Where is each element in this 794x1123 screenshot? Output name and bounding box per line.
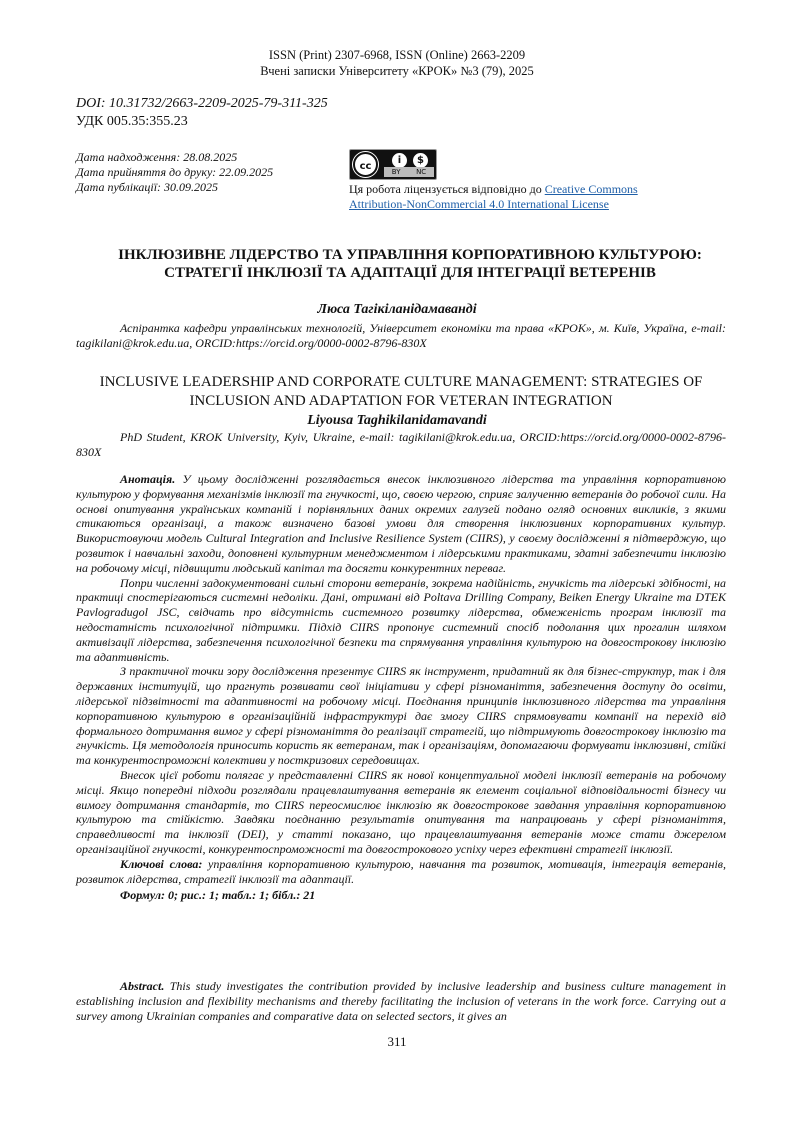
keywords: Ключові слова: управління корпоративною …	[76, 857, 726, 887]
abstract-paragraph: Внесок цієї роботи полягає у представлен…	[76, 768, 726, 857]
date-received: Дата надходження: 28.08.2025	[76, 150, 273, 165]
date-accepted: Дата прийняття до друку: 22.09.2025	[76, 165, 273, 180]
author-english: Liyousa Taghikilanidamavandi	[0, 413, 794, 429]
affiliation-ukrainian: Аспірантка кафедри управлінських техноло…	[76, 321, 726, 351]
udk: УДК 005.35:355.23	[76, 113, 328, 131]
abstract-label: Abstract.	[120, 979, 164, 993]
keywords-label: Ключові слова:	[120, 857, 202, 871]
paper-page: ISSN (Print) 2307-6968, ISSN (Online) 26…	[0, 0, 794, 1123]
license-text: Ця робота ліцензується відповідно до Cre…	[349, 182, 729, 212]
cc-by-nc-badge[interactable]: cc i $ BY NC	[349, 149, 437, 180]
author-ukrainian: Люса Тагікіланідамаванді	[0, 302, 794, 318]
issn-line: ISSN (Print) 2307-6968, ISSN (Online) 26…	[0, 47, 794, 63]
by-label: BY	[392, 167, 401, 177]
counts-line: Формул: 0; рис.: 1; табл.: 1; бібл.: 21	[76, 888, 726, 903]
identifiers: DOI: 10.31732/2663-2209-2025-79-311-325 …	[76, 95, 328, 131]
badge-labels: BY NC	[384, 167, 434, 177]
license-intro: Ця робота ліцензується відповідно до	[349, 182, 545, 196]
nc-label: NC	[416, 167, 426, 177]
abstract-paragraph: Попри численні задокументовані сильні ст…	[76, 576, 726, 665]
publication-dates: Дата надходження: 28.08.2025 Дата прийня…	[76, 150, 273, 195]
running-header: ISSN (Print) 2307-6968, ISSN (Online) 26…	[0, 47, 794, 79]
page-number: 311	[0, 1034, 794, 1050]
doi[interactable]: DOI: 10.31732/2663-2209-2025-79-311-325	[76, 95, 328, 113]
abstract-paragraph: З практичної точки зору дослідження през…	[76, 664, 726, 768]
abstract-english: Abstract. This study investigates the co…	[76, 979, 726, 1023]
noncommercial-icon: $	[413, 153, 428, 168]
title-ukrainian: Інклюзивне лідерство та управління корпо…	[100, 247, 720, 282]
affiliation-english: PhD Student, KROK University, Kyiv, Ukra…	[76, 430, 726, 460]
license-block: cc i $ BY NC Ця робота ліцензується відп…	[349, 149, 729, 212]
title-english: Inclusive leadership and corporate cultu…	[76, 373, 726, 411]
attribution-icon: i	[392, 153, 407, 168]
abstract-ukrainian: Анотація. У цьому дослідженні розглядаєт…	[76, 472, 726, 903]
abstract-paragraph: Анотація. У цьому дослідженні розглядаєт…	[76, 472, 726, 576]
journal-line: Вчені записки Університету «КРОК» №3 (79…	[0, 63, 794, 79]
abstract-label: Анотація.	[120, 472, 175, 486]
date-published: Дата публікації: 30.09.2025	[76, 180, 273, 195]
abstract-paragraph: Abstract. This study investigates the co…	[76, 979, 726, 1023]
cc-icon: cc	[353, 152, 378, 177]
